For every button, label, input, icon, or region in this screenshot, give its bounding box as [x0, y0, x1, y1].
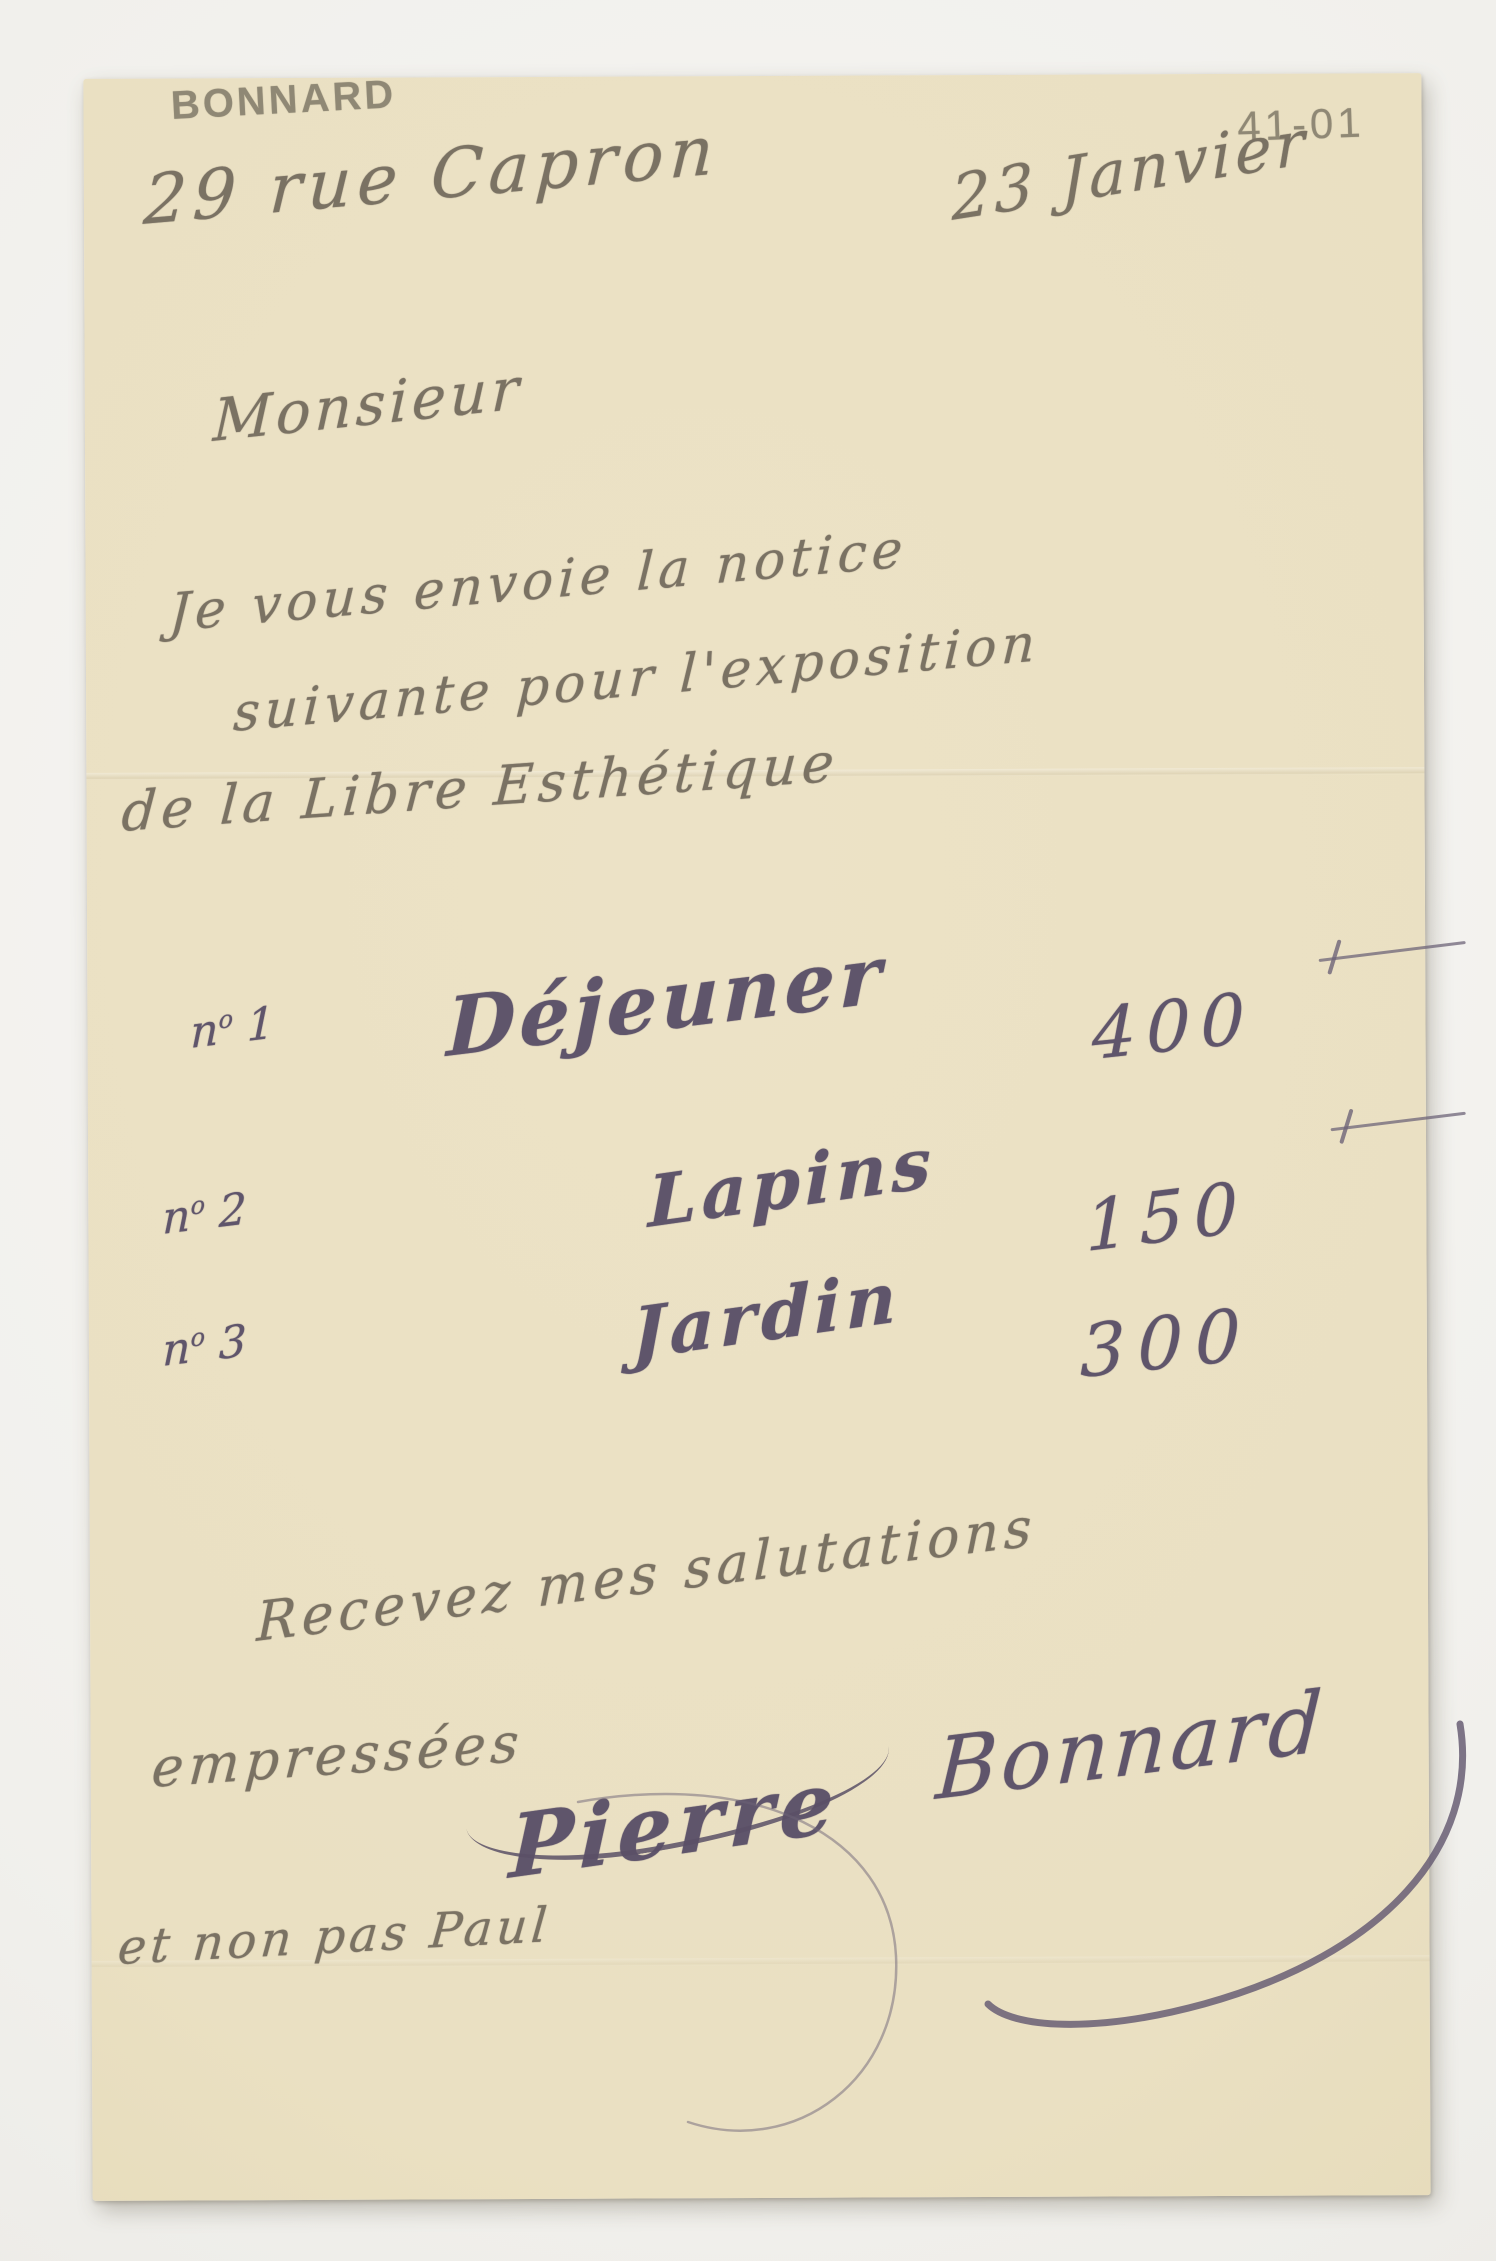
- list-item-number: no 2: [162, 1187, 247, 1242]
- list-no-prefix: n: [162, 1190, 191, 1245]
- list-no-value: 2: [218, 1183, 247, 1238]
- list-item-number: no 1: [190, 1001, 275, 1056]
- list-no-prefix: n: [162, 1322, 191, 1377]
- list-no-ordinal: o: [190, 1323, 205, 1353]
- list-item-number: no 3: [162, 1319, 247, 1374]
- list-no-ordinal: o: [190, 1191, 205, 1221]
- list-no-prefix: n: [190, 1004, 219, 1059]
- list-item-value: 400: [1092, 983, 1255, 1070]
- list-no-value: 1: [246, 997, 275, 1052]
- pen-loop-flourish: [560, 1766, 1120, 2196]
- list-no-ordinal: o: [218, 1005, 233, 1035]
- list-item-value: 300: [1080, 1297, 1252, 1388]
- list-no-value: 3: [218, 1315, 247, 1370]
- list-item-value: 150: [1085, 1172, 1249, 1262]
